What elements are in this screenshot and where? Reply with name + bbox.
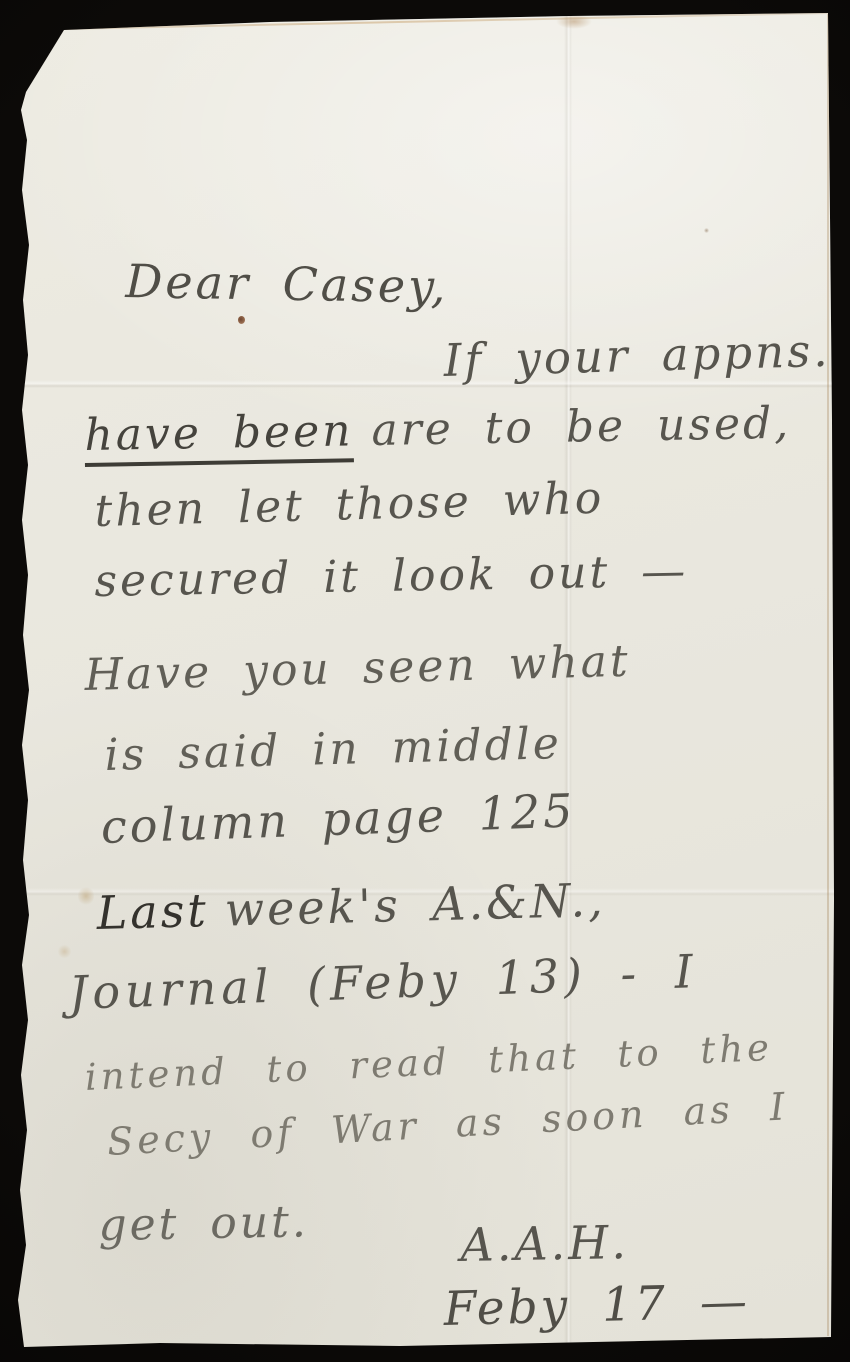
signature: A.A.H. (460, 1215, 629, 1272)
date-line: Feby 17 — (443, 1274, 751, 1337)
body-line: have beenare to be used, (84, 398, 792, 461)
body-line: If your appns. (443, 324, 831, 387)
body-line: Lastweek's A.&N., (96, 873, 606, 940)
body-line: column page 125 (100, 783, 576, 854)
paper-top-edge (64, 12, 830, 30)
body-line-text: are to be used, (371, 398, 792, 456)
body-line: Secy of War as soon as I (106, 1084, 790, 1164)
paper-right-edge (827, 14, 829, 1336)
salutation: Dear Casey, (125, 254, 449, 314)
body-line: get out. (98, 1196, 309, 1251)
body-line: secured it look out — (94, 546, 689, 607)
stain-spot (704, 228, 709, 233)
body-line: Have you seen what (84, 636, 631, 701)
retraced-word: Last (96, 883, 209, 940)
horizontal-fold-crease (0, 380, 850, 388)
body-line-text: week's A.&N., (224, 873, 606, 937)
body-line: then let those who (94, 473, 605, 537)
photo-backdrop: Dear Casey, If your appns. have beenare … (0, 0, 850, 1362)
corner-crease-line (24, 29, 64, 92)
body-line: Journal (Feby 13) - I (68, 944, 699, 1020)
stain-spot (58, 944, 71, 959)
body-line: is said in middle (104, 718, 562, 781)
stain-spot (78, 886, 94, 906)
stain-spot (238, 316, 245, 324)
folded-corner (0, 0, 90, 110)
letter-paper: Dear Casey, If your appns. have beenare … (0, 0, 850, 1362)
body-line: intend to read that to the (84, 1026, 774, 1099)
underlined-phrase: have been (84, 405, 354, 467)
